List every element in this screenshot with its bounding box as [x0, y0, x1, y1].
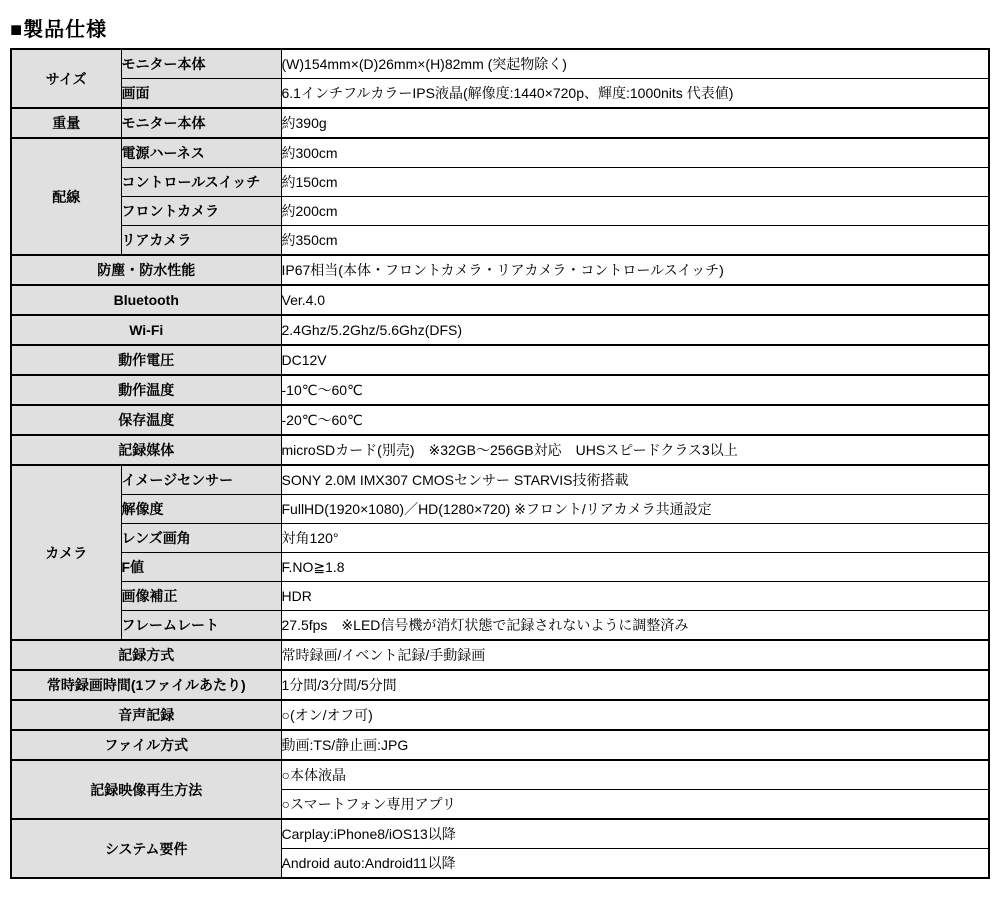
table-row: フレームレート27.5fps ※LED信号機が消灯状態で記録されないように調整済…	[11, 611, 989, 641]
spec-value: ○本体液晶	[281, 760, 989, 790]
spec-value: IP67相当(本体・フロントカメラ・リアカメラ・コントロールスイッチ)	[281, 255, 989, 285]
table-row: フロントカメラ約200cm	[11, 197, 989, 226]
spec-value: -20℃〜60℃	[281, 405, 989, 435]
spec-value: 1分間/3分間/5分間	[281, 670, 989, 700]
spec-value: FullHD(1920×1080)／HD(1280×720) ※フロント/リアカ…	[281, 495, 989, 524]
spec-sub-label: 解像度	[121, 495, 281, 524]
spec-group-label: 配線	[11, 138, 121, 255]
spec-value: 約150cm	[281, 168, 989, 197]
spec-group-label: 常時録画時間(1ファイルあたり)	[11, 670, 281, 700]
spec-value: (W)154mm×(D)26mm×(H)82mm (突起物除く)	[281, 49, 989, 79]
table-row: レンズ画角対角120°	[11, 524, 989, 553]
table-row: 重量モニター本体約390g	[11, 108, 989, 138]
spec-group-label: 音声記録	[11, 700, 281, 730]
spec-group-label: 動作温度	[11, 375, 281, 405]
table-row: 防塵・防水性能IP67相当(本体・フロントカメラ・リアカメラ・コントロールスイッ…	[11, 255, 989, 285]
table-row: 常時録画時間(1ファイルあたり)1分間/3分間/5分間	[11, 670, 989, 700]
spec-sub-label: 電源ハーネス	[121, 138, 281, 168]
spec-sub-label: フロントカメラ	[121, 197, 281, 226]
spec-sub-label: モニター本体	[121, 49, 281, 79]
spec-sub-label: 画像補正	[121, 582, 281, 611]
spec-group-label: 記録映像再生方法	[11, 760, 281, 819]
spec-group-label: システム要件	[11, 819, 281, 878]
spec-value: -10℃〜60℃	[281, 375, 989, 405]
table-row: 記録映像再生方法○本体液晶	[11, 760, 989, 790]
table-row: サイズモニター本体(W)154mm×(D)26mm×(H)82mm (突起物除く…	[11, 49, 989, 79]
table-row: F値F.NO≧1.8	[11, 553, 989, 582]
table-row: Wi-Fi2.4Ghz/5.2Ghz/5.6Ghz(DFS)	[11, 315, 989, 345]
table-row: 記録方式常時録画/イベント記録/手動録画	[11, 640, 989, 670]
spec-value: 6.1インチフルカラーIPS液晶(解像度:1440×720p、輝度:1000ni…	[281, 79, 989, 109]
spec-table: サイズモニター本体(W)154mm×(D)26mm×(H)82mm (突起物除く…	[10, 48, 990, 879]
spec-sub-label: レンズ画角	[121, 524, 281, 553]
spec-value: 約350cm	[281, 226, 989, 256]
spec-value: ○スマートフォン専用アプリ	[281, 790, 989, 820]
spec-group-label: カメラ	[11, 465, 121, 640]
table-row: 動作電圧DC12V	[11, 345, 989, 375]
table-row: 解像度FullHD(1920×1080)／HD(1280×720) ※フロント/…	[11, 495, 989, 524]
spec-value: Android auto:Android11以降	[281, 849, 989, 879]
spec-value: Carplay:iPhone8/iOS13以降	[281, 819, 989, 849]
spec-value: 動画:TS/静止画:JPG	[281, 730, 989, 760]
spec-sub-label: コントロールスイッチ	[121, 168, 281, 197]
page-title: ■製品仕様	[10, 13, 107, 42]
spec-group-label: 保存温度	[11, 405, 281, 435]
spec-value: HDR	[281, 582, 989, 611]
spec-value: ○(オン/オフ可)	[281, 700, 989, 730]
table-row: 画面6.1インチフルカラーIPS液晶(解像度:1440×720p、輝度:1000…	[11, 79, 989, 109]
spec-value: 常時録画/イベント記録/手動録画	[281, 640, 989, 670]
table-row: 動作温度-10℃〜60℃	[11, 375, 989, 405]
table-row: 記録媒体microSDカード(別売) ※32GB〜256GB対応 UHSスピード…	[11, 435, 989, 465]
spec-value: 約300cm	[281, 138, 989, 168]
table-row: リアカメラ約350cm	[11, 226, 989, 256]
spec-table-body: サイズモニター本体(W)154mm×(D)26mm×(H)82mm (突起物除く…	[11, 49, 989, 878]
table-row: ファイル方式動画:TS/静止画:JPG	[11, 730, 989, 760]
spec-group-label: 記録媒体	[11, 435, 281, 465]
spec-group-label: 記録方式	[11, 640, 281, 670]
table-row: BluetoothVer.4.0	[11, 285, 989, 315]
spec-value: F.NO≧1.8	[281, 553, 989, 582]
spec-group-label: 動作電圧	[11, 345, 281, 375]
table-row: コントロールスイッチ約150cm	[11, 168, 989, 197]
spec-value: 27.5fps ※LED信号機が消灯状態で記録されないように調整済み	[281, 611, 989, 641]
spec-group-label: サイズ	[11, 49, 121, 108]
spec-group-label: ファイル方式	[11, 730, 281, 760]
table-row: カメライメージセンサーSONY 2.0M IMX307 CMOSセンサー STA…	[11, 465, 989, 495]
spec-group-label: 防塵・防水性能	[11, 255, 281, 285]
spec-value: 約200cm	[281, 197, 989, 226]
spec-sub-label: F値	[121, 553, 281, 582]
spec-value: DC12V	[281, 345, 989, 375]
spec-value: Ver.4.0	[281, 285, 989, 315]
table-row: システム要件Carplay:iPhone8/iOS13以降	[11, 819, 989, 849]
spec-sub-label: フレームレート	[121, 611, 281, 641]
spec-value: SONY 2.0M IMX307 CMOSセンサー STARVIS技術搭載	[281, 465, 989, 495]
spec-group-label: Bluetooth	[11, 285, 281, 315]
table-row: 画像補正HDR	[11, 582, 989, 611]
table-row: 音声記録○(オン/オフ可)	[11, 700, 989, 730]
spec-sub-label: イメージセンサー	[121, 465, 281, 495]
spec-value: microSDカード(別売) ※32GB〜256GB対応 UHSスピードクラス3…	[281, 435, 989, 465]
spec-value: 約390g	[281, 108, 989, 138]
spec-value: 対角120°	[281, 524, 989, 553]
spec-group-label: 重量	[11, 108, 121, 138]
table-row: 配線電源ハーネス約300cm	[11, 138, 989, 168]
spec-group-label: Wi-Fi	[11, 315, 281, 345]
spec-sub-label: 画面	[121, 79, 281, 109]
page: ■製品仕様 サイズモニター本体(W)154mm×(D)26mm×(H)82mm …	[0, 0, 1001, 901]
spec-value: 2.4Ghz/5.2Ghz/5.6Ghz(DFS)	[281, 315, 989, 345]
spec-sub-label: モニター本体	[121, 108, 281, 138]
table-row: 保存温度-20℃〜60℃	[11, 405, 989, 435]
spec-sub-label: リアカメラ	[121, 226, 281, 256]
